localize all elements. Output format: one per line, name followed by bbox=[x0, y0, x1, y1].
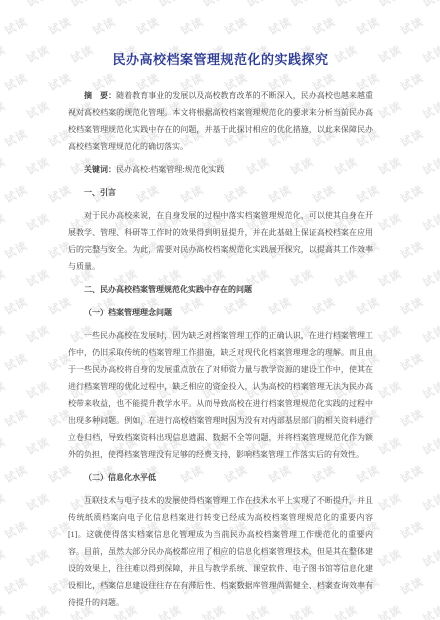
watermark-text: 试读 bbox=[420, 601, 440, 620]
watermark-text: 试读 bbox=[398, 517, 427, 542]
watermark-text: 试读 bbox=[376, 321, 405, 346]
watermark-text: 试读 bbox=[200, 0, 229, 11]
paper-content: 民办高校档案管理规范化的实践探究 摘 要：随着教育事业的发展以及高校教育改革的不… bbox=[68, 50, 373, 617]
watermark-text: 试读 bbox=[0, 209, 8, 234]
watermark-text: 试读 bbox=[2, 69, 31, 94]
watermark-text: 试读 bbox=[376, 265, 405, 290]
watermark-text: 试读 bbox=[376, 209, 405, 234]
watermark-text: 试读 bbox=[376, 97, 405, 122]
watermark-text: 试读 bbox=[398, 461, 427, 486]
watermark-text: 试读 bbox=[24, 377, 53, 402]
watermark-text: 试读 bbox=[24, 489, 53, 514]
watermark-text: 试读 bbox=[288, 0, 317, 11]
subsection-heading-management-concept: （一）档案管理理念问题 bbox=[68, 304, 373, 321]
watermark-text: 试读 bbox=[376, 489, 405, 514]
watermark-text: 试读 bbox=[90, 13, 119, 38]
watermark-text: 试读 bbox=[2, 461, 31, 486]
paper-title: 民办高校档案管理规范化的实践探究 bbox=[68, 50, 373, 70]
watermark-text: 试读 bbox=[398, 181, 427, 206]
watermark-text: 试读 bbox=[420, 209, 440, 234]
watermark-text: 试读 bbox=[376, 377, 405, 402]
watermark-text: 试读 bbox=[0, 545, 8, 570]
watermark-text: 试读 bbox=[0, 0, 8, 11]
section-heading-problems: 二、民办高校档案管理规范化实践中存在的问题 bbox=[68, 281, 373, 298]
watermark-text: 试读 bbox=[112, 0, 141, 11]
watermark-text: 试读 bbox=[376, 601, 405, 620]
watermark-text: 试读 bbox=[376, 41, 405, 66]
watermark-text: 试读 bbox=[398, 573, 427, 598]
watermark-text: 试读 bbox=[376, 545, 405, 570]
watermark-text: 试读 bbox=[0, 321, 8, 346]
management-concept-paragraph: 一些民办高校在发展时，因为缺乏对档案管理工作的正确认识，在进行档案管理工作中，仍… bbox=[68, 327, 373, 463]
low-informatization-paragraph: 互联技术与电子技术的发展使得档案管理工作在技术水平上实现了不断提升，并且传统纸质… bbox=[68, 492, 373, 611]
watermark-text: 试读 bbox=[398, 405, 427, 430]
watermark-text: 试读 bbox=[310, 13, 339, 38]
watermark-text: 试读 bbox=[2, 293, 31, 318]
watermark-text: 试读 bbox=[2, 13, 31, 38]
watermark-text: 试读 bbox=[68, 0, 97, 11]
watermark-text: 试读 bbox=[156, 0, 185, 11]
watermark-text: 试读 bbox=[376, 0, 405, 11]
watermark-text: 试读 bbox=[0, 489, 8, 514]
watermark-text: 试读 bbox=[2, 517, 31, 542]
watermark-text: 试读 bbox=[24, 601, 53, 620]
watermark-text: 试读 bbox=[0, 377, 8, 402]
watermark-text: 试读 bbox=[398, 13, 427, 38]
watermark-text: 试读 bbox=[420, 433, 440, 458]
watermark-text: 试读 bbox=[398, 349, 427, 374]
watermark-text: 试读 bbox=[24, 545, 53, 570]
keywords-line: 关键词：民办高校:档案管理:规范化实践 bbox=[68, 161, 373, 178]
watermark-text: 试读 bbox=[2, 125, 31, 150]
watermark-text: 试读 bbox=[398, 293, 427, 318]
watermark-text: 试读 bbox=[398, 125, 427, 150]
watermark-text: 试读 bbox=[24, 41, 53, 66]
watermark-text: 试读 bbox=[24, 0, 53, 11]
document-page: 试读试读试读试读试读试读试读试读试读试读试读试读试读试读试读试读试读试读试读试读… bbox=[0, 0, 440, 620]
abstract-label: 摘 要： bbox=[84, 91, 116, 100]
watermark-text: 试读 bbox=[376, 153, 405, 178]
section-heading-introduction: 一、引言 bbox=[68, 184, 373, 201]
watermark-text: 试读 bbox=[420, 489, 440, 514]
watermark-text: 试读 bbox=[398, 237, 427, 262]
watermark-text: 试读 bbox=[244, 0, 273, 11]
watermark-text: 试读 bbox=[398, 69, 427, 94]
watermark-text: 试读 bbox=[2, 181, 31, 206]
watermark-text: 试读 bbox=[420, 97, 440, 122]
watermark-text: 试读 bbox=[266, 13, 295, 38]
watermark-text: 试读 bbox=[24, 97, 53, 122]
watermark-text: 试读 bbox=[332, 0, 361, 11]
watermark-text: 试读 bbox=[0, 433, 8, 458]
watermark-text: 试读 bbox=[2, 405, 31, 430]
watermark-text: 试读 bbox=[2, 237, 31, 262]
watermark-text: 试读 bbox=[420, 265, 440, 290]
watermark-text: 试读 bbox=[376, 433, 405, 458]
watermark-text: 试读 bbox=[0, 601, 8, 620]
abstract-paragraph: 摘 要：随着教育事业的发展以及高校教育改革的不断深入，民办高校也越来越重视对高校… bbox=[68, 87, 373, 155]
watermark-text: 试读 bbox=[46, 13, 75, 38]
watermark-text: 试读 bbox=[420, 377, 440, 402]
abstract-text: 随着教育事业的发展以及高校教育改革的不断深入，民办高校也越来越重视对高校档案的规… bbox=[68, 91, 373, 151]
watermark-text: 试读 bbox=[24, 265, 53, 290]
keywords-label: 关键词： bbox=[84, 165, 116, 174]
introduction-paragraph: 对于民办高校来说，在自身发展的过程中落实档案管理规范化，可以使其自身在开展教学、… bbox=[68, 207, 373, 275]
watermark-text: 试读 bbox=[420, 153, 440, 178]
watermark-text: 试读 bbox=[0, 97, 8, 122]
watermark-text: 试读 bbox=[0, 41, 8, 66]
watermark-text: 试读 bbox=[2, 349, 31, 374]
watermark-text: 试读 bbox=[134, 13, 163, 38]
keywords-text: 民办高校:档案管理:规范化实践 bbox=[116, 165, 224, 174]
watermark-text: 试读 bbox=[24, 433, 53, 458]
watermark-text: 试读 bbox=[420, 0, 440, 11]
watermark-text: 试读 bbox=[24, 209, 53, 234]
watermark-text: 试读 bbox=[178, 13, 207, 38]
watermark-text: 试读 bbox=[420, 321, 440, 346]
watermark-text: 试读 bbox=[0, 153, 8, 178]
watermark-text: 试读 bbox=[2, 573, 31, 598]
watermark-text: 试读 bbox=[420, 41, 440, 66]
watermark-text: 试读 bbox=[354, 13, 383, 38]
watermark-text: 试读 bbox=[24, 153, 53, 178]
watermark-text: 试读 bbox=[222, 13, 251, 38]
watermark-text: 试读 bbox=[0, 265, 8, 290]
watermark-text: 试读 bbox=[420, 545, 440, 570]
watermark-text: 试读 bbox=[24, 321, 53, 346]
subsection-heading-low-informatization: （二）信息化水平低 bbox=[68, 469, 373, 486]
